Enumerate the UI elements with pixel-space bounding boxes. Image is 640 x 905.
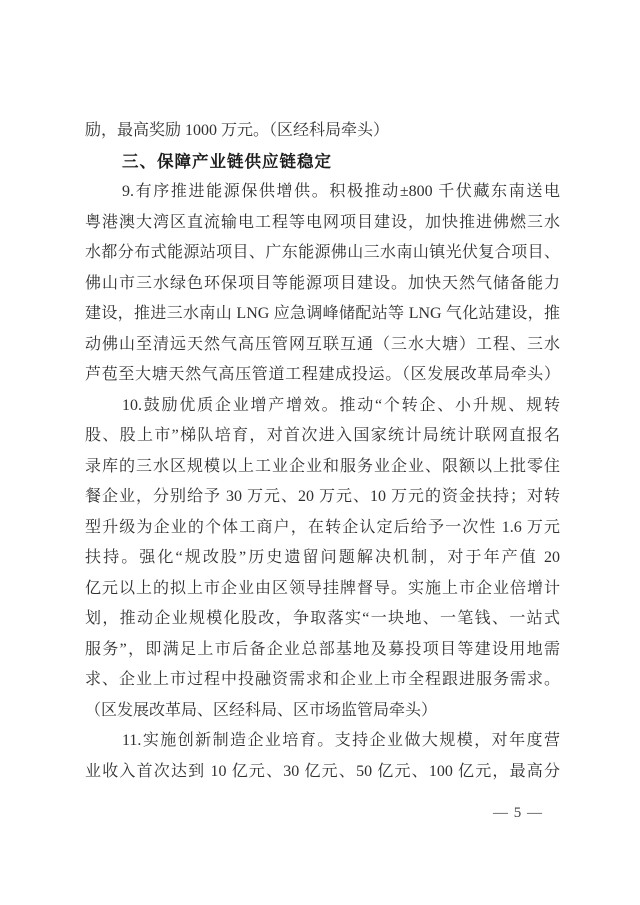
text-line: 佛山市三水绿色环保项目等能源项目建设。加快天然气储备能力 <box>85 269 560 300</box>
page-number: — 5 — <box>493 805 543 821</box>
para-10: 10.鼓励优质企业增产增效。推动“个转企、小升规、规转股、股上市”梯队培育，对首… <box>85 391 560 727</box>
text-line: 餐企业，分别给予 30 万元、20 万元、10 万元的资金扶持；对转 <box>85 482 560 513</box>
text-line: 录库的三水区规模以上工业企业和服务业企业、限额以上批零住 <box>85 452 560 483</box>
text-line: 三、保障产业链供应链稳定 <box>85 147 560 178</box>
text-line: 励，最高奖励 1000 万元。（区经科局牵头） <box>85 116 560 147</box>
text-line: 9.有序推进能源保供增供。积极推动±800 千伏藏东南送电 <box>85 177 560 208</box>
para-11: 11.实施创新制造企业培育。支持企业做大规模，对年度营业收入首次达到 10 亿元… <box>85 726 560 787</box>
text-line: 动佛山至清远天然气高压管网互联互通（三水大塘）工程、三水 <box>85 330 560 361</box>
para-9: 9.有序推进能源保供增供。积极推动±800 千伏藏东南送电粤港澳大湾区直流输电工… <box>85 177 560 391</box>
section-3-heading: 三、保障产业链供应链稳定 <box>85 147 560 178</box>
text-line: 服务”，即满足上市后备企业总部基地及募投项目等建设用地需 <box>85 635 560 666</box>
text-line: 扶持。强化“规改股”历史遗留问题解决机制，对于年产值 20 <box>85 543 560 574</box>
text-line: 建设，推进三水南山 LNG 应急调峰储配站等 LNG 气化站建设，推 <box>85 299 560 330</box>
document-page: 励，最高奖励 1000 万元。（区经科局牵头）三、保障产业链供应链稳定9.有序推… <box>0 0 640 905</box>
text-line: 11.实施创新制造企业培育。支持企业做大规模，对年度营 <box>85 726 560 757</box>
text-line: 10.鼓励优质企业增产增效。推动“个转企、小升规、规转 <box>85 391 560 422</box>
text-line: 股、股上市”梯队培育，对首次进入国家统计局统计联网直报名 <box>85 421 560 452</box>
para-8-continuation: 励，最高奖励 1000 万元。（区经科局牵头） <box>85 116 560 147</box>
text-line: 粤港澳大湾区直流输电工程等电网项目建设，加快推进佛燃三水 <box>85 208 560 239</box>
text-line: 水都分布式能源站项目、广东能源佛山三水南山镇光伏复合项目、 <box>85 238 560 269</box>
page-footer: — 5 — <box>493 804 543 822</box>
text-line: 亿元以上的拟上市企业由区领导挂牌督导。实施上市企业倍增计 <box>85 574 560 605</box>
text-line: 业收入首次达到 10 亿元、30 亿元、50 亿元、100 亿元，最高分 <box>85 757 560 788</box>
document-body: 励，最高奖励 1000 万元。（区经科局牵头）三、保障产业链供应链稳定9.有序推… <box>85 116 560 787</box>
text-line: 芦苞至大塘天然气高压管道工程建成投运。（区发展改革局牵头） <box>85 360 560 391</box>
text-line: 划，推动企业规模化股改，争取落实“一块地、一笔钱、一站式 <box>85 604 560 635</box>
text-line: 型升级为企业的个体工商户，在转企认定后给予一次性 1.6 万元 <box>85 513 560 544</box>
text-line: 求、企业上市过程中投融资需求和企业上市全程跟进服务需求。 <box>85 665 560 696</box>
text-line: （区发展改革局、区经科局、区市场监管局牵头） <box>85 696 560 727</box>
